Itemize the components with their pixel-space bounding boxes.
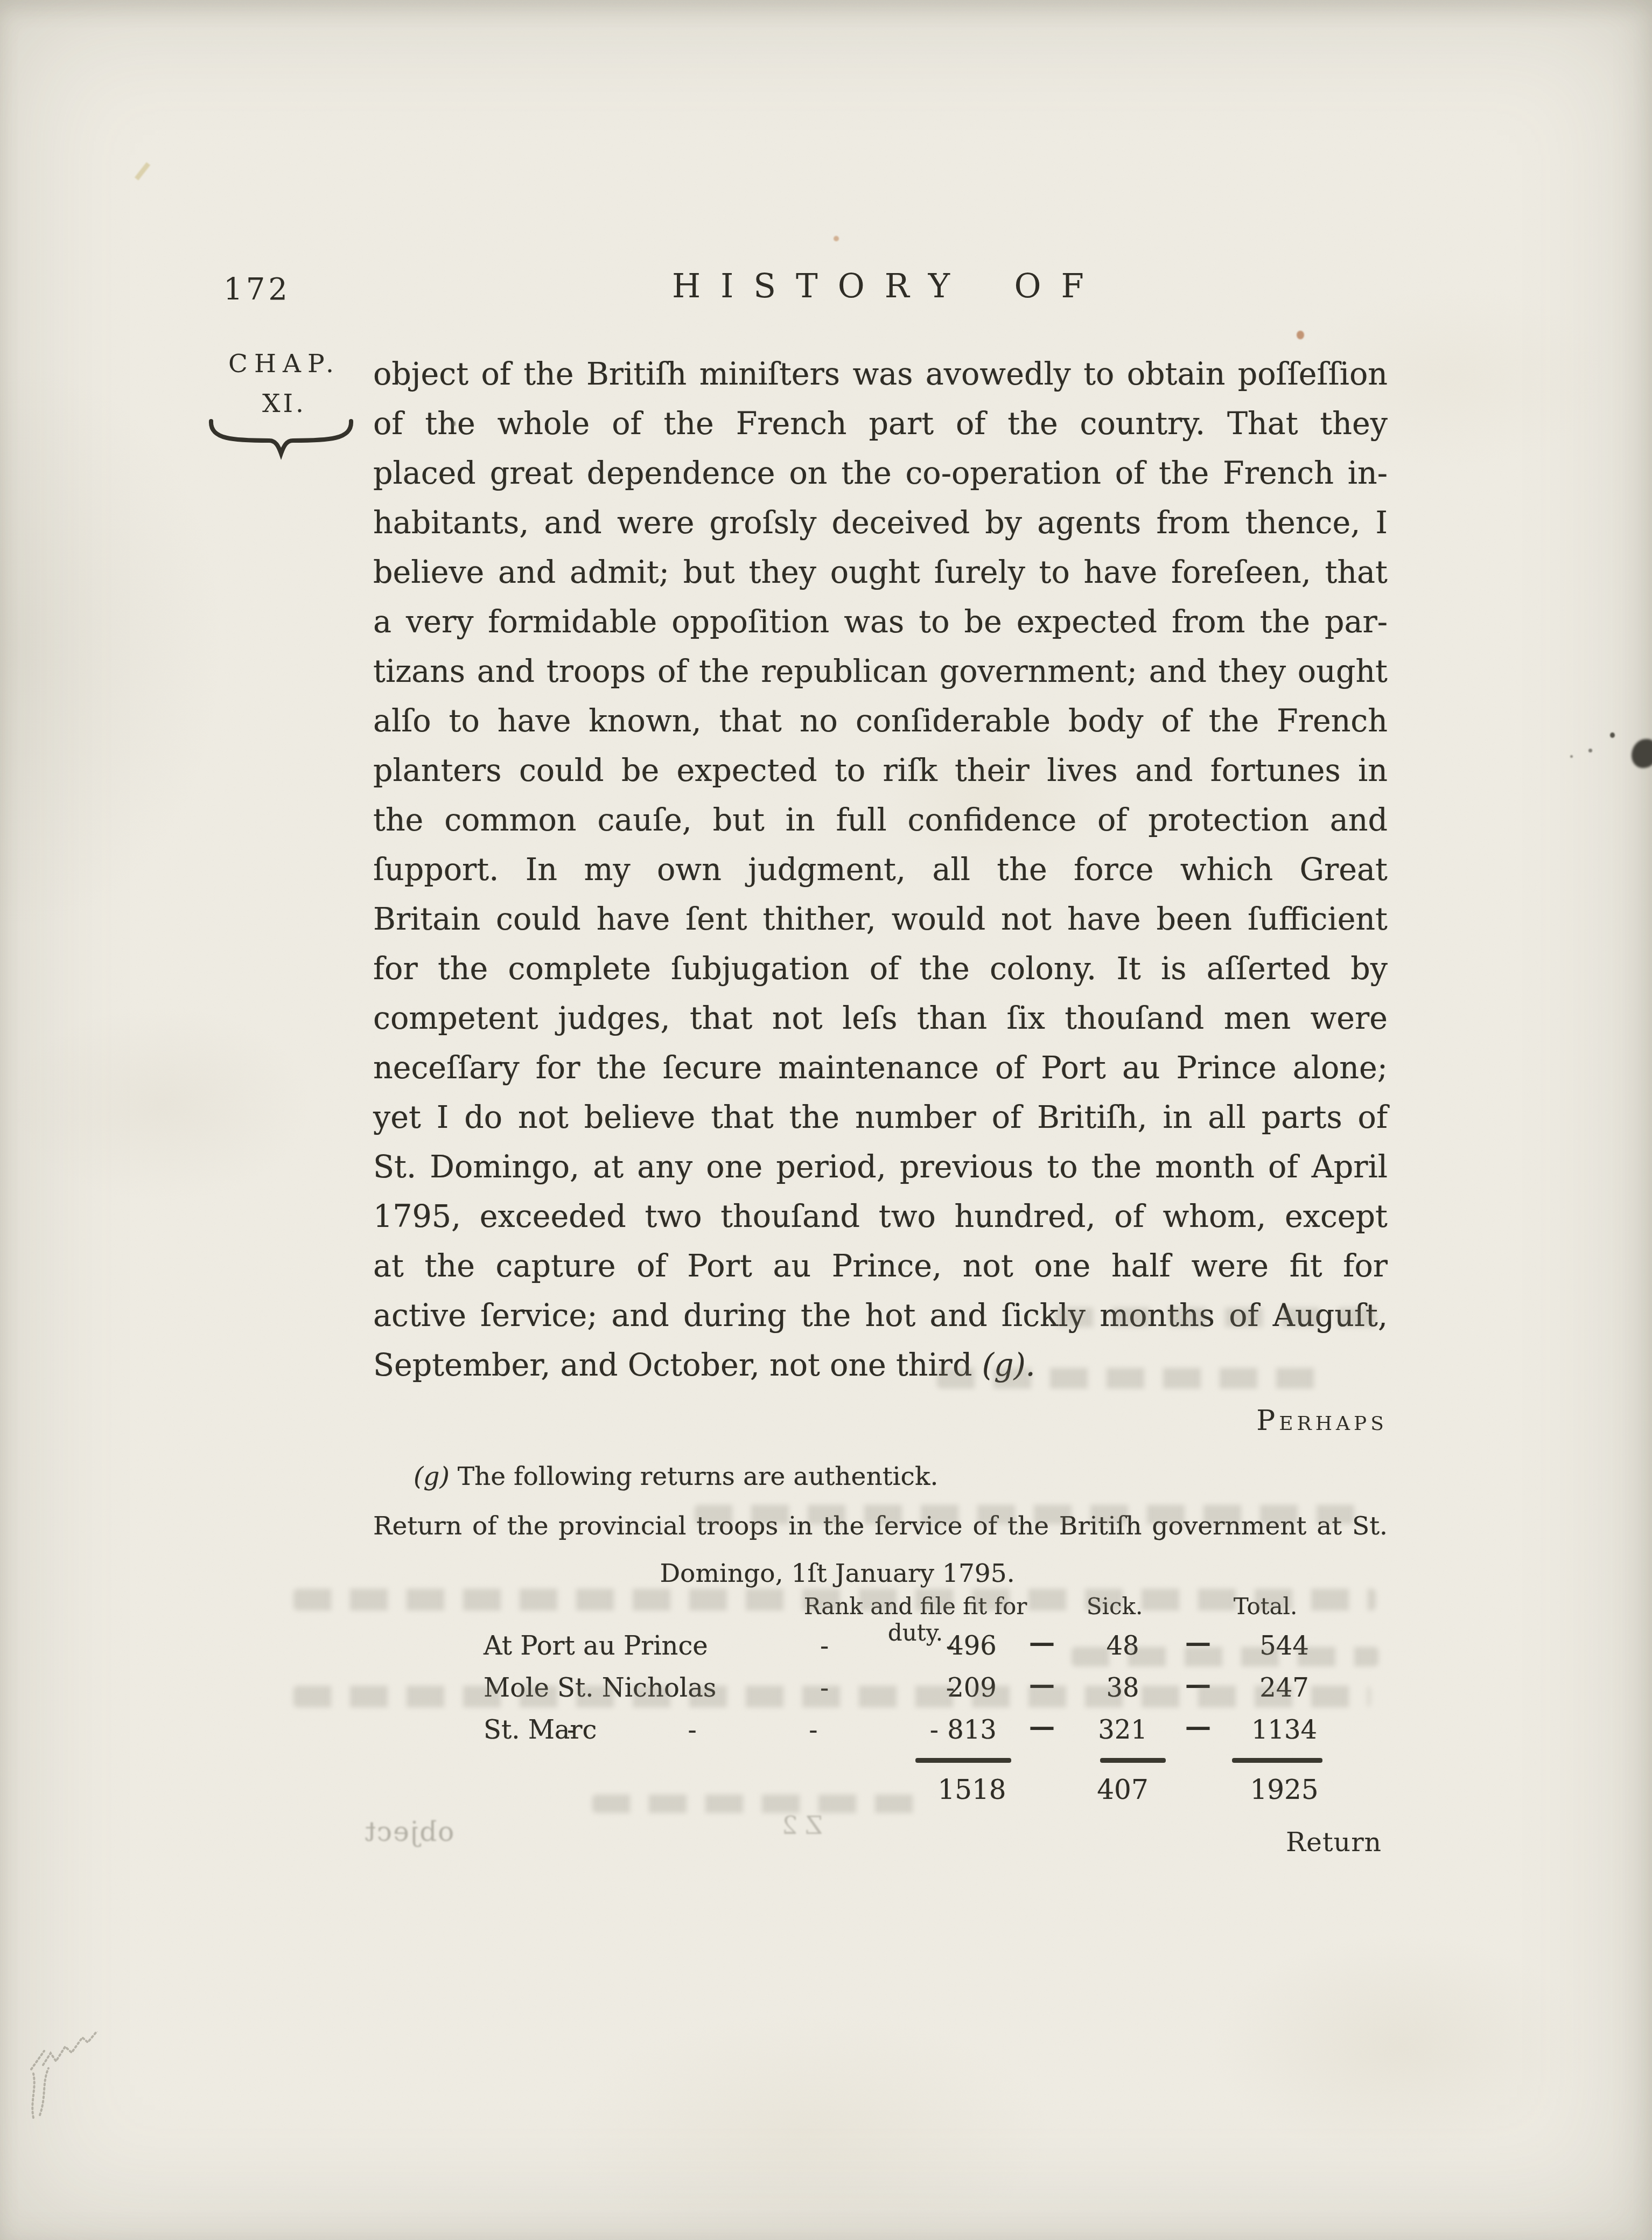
- body-line: of the whole of the French part of the c…: [373, 399, 1388, 449]
- ink-speck: [452, 421, 456, 426]
- running-header: HISTORY OF: [672, 267, 1104, 305]
- body-line: neceſſary for the ſecure maintenance of …: [373, 1043, 1388, 1093]
- showthrough-smudge: [1072, 1647, 1378, 1666]
- sick-value: 321: [1080, 1715, 1166, 1745]
- footnote-intro: (g) The following returns are authentick…: [414, 1462, 938, 1491]
- body-line: for the complete ſubjugation of the colo…: [373, 944, 1388, 994]
- grand-total: 1925: [1236, 1774, 1333, 1805]
- showthrough-smudge: [1055, 1308, 1378, 1327]
- ink-speck: [1570, 755, 1573, 758]
- body-line: at the capture of Port au Prince, not on…: [373, 1241, 1388, 1291]
- body-line: St. Domingo, at any one period, previous…: [373, 1142, 1388, 1192]
- sum-rule-sick: [1100, 1758, 1166, 1763]
- body-line: planters could be expected to riſk their…: [373, 746, 1388, 795]
- dash-separator: —: [1160, 1712, 1236, 1742]
- body-text: object of the Britiſh miniſters was avow…: [373, 350, 1388, 1390]
- catchword-perhaps: Perhaps: [373, 1405, 1388, 1437]
- rust-stain: [834, 236, 839, 241]
- sum-rule-total: [1232, 1758, 1322, 1763]
- pencil-marks: [26, 2032, 107, 2129]
- body-line: alſo to have known, that no conſiderable…: [373, 696, 1388, 746]
- body-line: 1795, exceeded two thouſand two hundred,…: [373, 1192, 1388, 1241]
- showthrough-smudge: [293, 1686, 1370, 1707]
- showthrough-smudge: [695, 1505, 1357, 1524]
- body-line: ſupport. In my own judgment, all the for…: [373, 845, 1388, 895]
- showthrough-signature-mark: Z 2: [782, 1811, 823, 1840]
- showthrough-word-object: object: [364, 1816, 454, 1847]
- duty-value: 813: [929, 1715, 1015, 1745]
- duty-value: 496: [929, 1631, 1015, 1661]
- body-line: the common cauſe, but in full confidence…: [373, 795, 1388, 845]
- showthrough-smudge: [293, 1589, 1376, 1610]
- duty-total: 1518: [923, 1774, 1020, 1805]
- table-caption-line-2: Domingo, 1ſt January 1795.: [330, 1559, 1345, 1588]
- showthrough-smudge: [592, 1795, 915, 1813]
- leader-dashes: ----: [567, 1715, 939, 1745]
- ink-speck: [1588, 749, 1592, 752]
- sum-rule-duty: [915, 1758, 1011, 1763]
- body-line: habitants, and were groſsly deceived by …: [373, 498, 1388, 548]
- ink-speck: [1610, 732, 1615, 738]
- chapter-label: CHAP.: [215, 349, 353, 379]
- page-number: 172: [223, 272, 291, 307]
- chapter-number: XI.: [215, 389, 353, 418]
- body-line: object of the Britiſh miniſters was avow…: [373, 350, 1388, 399]
- body-line: Britain could have ſent thither, would n…: [373, 895, 1388, 944]
- body-line: yet I do not believe that the number of …: [373, 1093, 1388, 1142]
- chapter-brace: [207, 416, 355, 462]
- body-line: competent judges, that not leſs than ſix…: [373, 994, 1388, 1043]
- table-row: St. Marc ---- 813 — 321 — 1134: [373, 1715, 1388, 1758]
- body-line: a very formidable oppoſition was to be e…: [373, 597, 1388, 647]
- catchword-return: Return: [1286, 1827, 1382, 1858]
- sick-total: 407: [1074, 1774, 1171, 1805]
- body-line: believe and admit; but they ought ſurely…: [373, 548, 1388, 597]
- showthrough-smudge: [937, 1368, 1325, 1388]
- dash-separator: —: [1004, 1712, 1080, 1742]
- rust-stain: [1297, 331, 1304, 339]
- row-label: At Port au Prince: [484, 1631, 708, 1661]
- total-value: 1134: [1241, 1715, 1327, 1745]
- footnote-marker: (g): [414, 1462, 450, 1491]
- body-line: placed great dependence on the co-operat…: [373, 449, 1388, 498]
- body-line: tizans and troops of the republican gove…: [373, 647, 1388, 696]
- dash-separator: —: [1004, 1628, 1080, 1658]
